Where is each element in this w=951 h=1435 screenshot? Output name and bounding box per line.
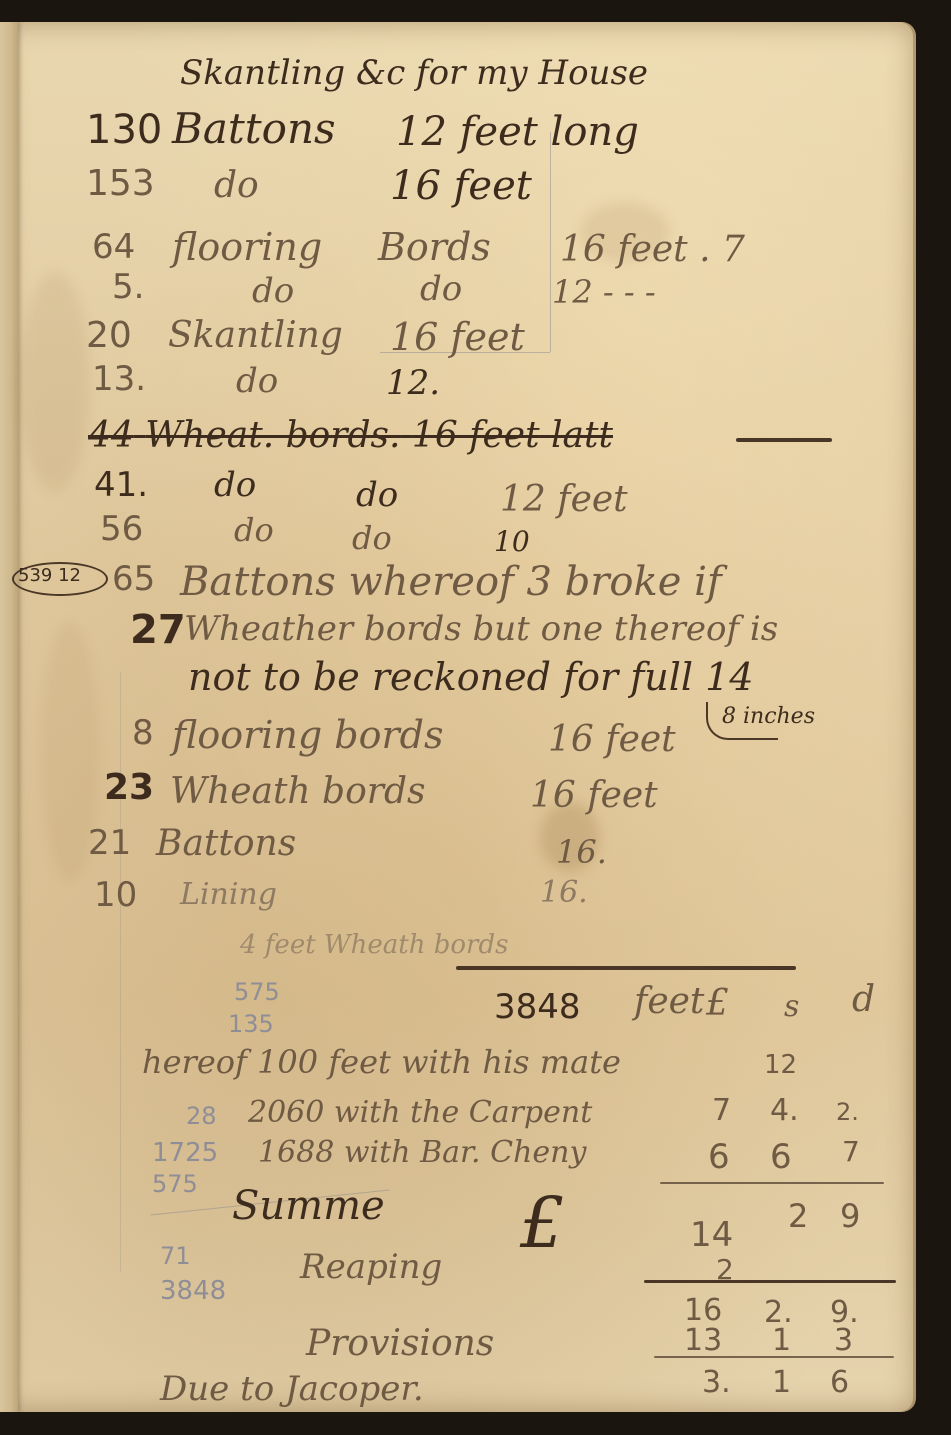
stain — [20, 272, 90, 492]
due-to-label: Due to Jacoper. — [160, 1372, 424, 1406]
entry-qty: 27 — [130, 610, 186, 650]
entry-item: Battons — [172, 108, 336, 150]
pencil-rule — [120, 672, 121, 1272]
entry-length: 10 — [494, 528, 530, 556]
entry-item: Lining — [180, 880, 277, 910]
entry-item: Skantling — [168, 318, 343, 354]
entry-qty: 44 — [88, 415, 134, 456]
currency-header-pounds: £ — [706, 986, 729, 1022]
entry-qty: 56 — [100, 512, 143, 546]
entry-qty: 153 — [86, 166, 155, 202]
entry-item: flooring — [172, 228, 322, 266]
subtotal-shillings: 2 — [788, 1200, 808, 1232]
total-rule — [456, 966, 796, 970]
breakdown-label: hereof 100 feet with his mate — [142, 1046, 621, 1078]
entry-length: 16. — [540, 878, 588, 908]
dash-rule — [736, 438, 832, 442]
entry-item: do — [236, 364, 278, 398]
entry-length: 16 feet — [390, 318, 525, 356]
entry-item: flooring bords — [172, 716, 444, 754]
entry-type: Bords — [378, 228, 491, 266]
balance-pounds: 3. — [702, 1368, 731, 1398]
entry-qty: 21 — [88, 826, 131, 860]
entry-length: 16 feet — [548, 722, 676, 758]
pencil-calc: 71 — [160, 1244, 191, 1268]
less-pence: 3 — [834, 1326, 853, 1356]
pencil-rule — [550, 132, 551, 352]
entry-item: Wheath bords — [170, 774, 426, 810]
breakdown-shillings: 4. — [770, 1096, 799, 1126]
struck-entry: 44 Wheat. bords. 16 feet latt — [88, 418, 613, 454]
entry-qty: 13. — [92, 362, 146, 396]
breakdown-pounds: 7 — [712, 1096, 731, 1126]
entry-qty: 130 — [86, 110, 162, 150]
pencil-calc: 28 — [186, 1104, 217, 1128]
grand-pounds: 16 — [684, 1296, 722, 1326]
entry-qty: 64 — [92, 230, 135, 264]
margin-note: 539 12 — [18, 567, 81, 585]
entry-length: 12 - - - — [552, 276, 656, 308]
entry-length: 12 feet — [500, 482, 628, 518]
ledger-page: Skantling &c for my House 130 Battons 12… — [0, 22, 916, 1412]
entry-length: 16. — [556, 836, 607, 868]
total-unit: feet — [634, 984, 704, 1020]
balance-rule — [654, 1356, 894, 1358]
pencil-calc: 3848 — [160, 1278, 226, 1304]
entry-item: Wheat. bords. — [145, 415, 400, 456]
entry-qty: 5. — [112, 270, 144, 304]
entry-qty: 8 — [132, 716, 154, 750]
provisions-label: Provisions — [306, 1326, 494, 1362]
entry-length: 16 feet — [412, 415, 540, 456]
entry-item: do — [252, 274, 294, 308]
entry-qty: 65 — [112, 562, 155, 596]
entry-type: do — [352, 522, 392, 554]
entry-length: 16 feet . 7 — [560, 232, 745, 268]
page-heading: Skantling &c for my House — [180, 56, 648, 90]
pencil-calc: 135 — [228, 1012, 274, 1036]
balance-pence: 6 — [830, 1368, 849, 1398]
inches-note: 8 inches — [722, 706, 815, 728]
entry-type: do — [420, 272, 462, 306]
pound-sign: £ — [520, 1188, 565, 1258]
breakdown-label: 1688 with Bar. Cheny — [258, 1138, 586, 1168]
entry-qty: 10 — [94, 878, 137, 912]
breakdown-pounds: 6 — [708, 1140, 730, 1174]
entry-item: do — [214, 468, 256, 502]
pencil-calc: 1725 — [152, 1140, 218, 1166]
entry-length: 16 feet — [530, 778, 658, 814]
entry-qty: 23 — [104, 770, 154, 806]
breakdown-shillings: 12 — [764, 1052, 797, 1078]
pencil-calc: 575 — [234, 980, 280, 1004]
entry-item: Battons whereof 3 broke if — [180, 562, 722, 602]
entry-type: do — [356, 478, 398, 512]
sum-rule — [660, 1182, 884, 1184]
entry-length: 16 feet — [390, 166, 532, 206]
entry-qty: 20 — [86, 318, 132, 354]
entry-length: 12 feet long — [396, 112, 639, 152]
less-pounds: 13 — [684, 1326, 722, 1356]
entry-item: do — [214, 168, 259, 204]
breakdown-shillings: 6 — [770, 1140, 792, 1174]
entry-item: do — [234, 514, 274, 546]
currency-header-shillings: s — [784, 992, 799, 1022]
breakdown-pence: 2. — [836, 1100, 859, 1124]
currency-header-pence: d — [852, 982, 875, 1018]
page-gutter — [0, 22, 18, 1412]
breakdown-label: 2060 with the Carpent — [248, 1098, 592, 1128]
pencil-calc: 575 — [152, 1172, 198, 1196]
reaping-label: Reaping — [300, 1250, 442, 1284]
entry-qty: 41. — [94, 468, 148, 502]
less-shillings: 1 — [772, 1326, 791, 1356]
summe-label: Summe — [232, 1186, 385, 1226]
total-value: 3848 — [494, 990, 581, 1024]
pencil-note: 4 feet Wheath bords — [240, 932, 508, 958]
balance-shillings: 1 — [772, 1368, 791, 1398]
subtotal-pence: 9 — [840, 1200, 860, 1232]
entry-note: latt — [551, 415, 613, 456]
entry-item: not to be reckoned for full 14 — [188, 658, 754, 696]
entry-item: Battons — [156, 826, 296, 862]
entry-item: Wheather bords but one thereof is — [184, 612, 778, 646]
entry-length: 12. — [386, 366, 440, 400]
breakdown-pence: 7 — [842, 1138, 860, 1166]
grand-rule — [644, 1280, 896, 1283]
subtotal-pounds: 14 — [690, 1218, 733, 1252]
